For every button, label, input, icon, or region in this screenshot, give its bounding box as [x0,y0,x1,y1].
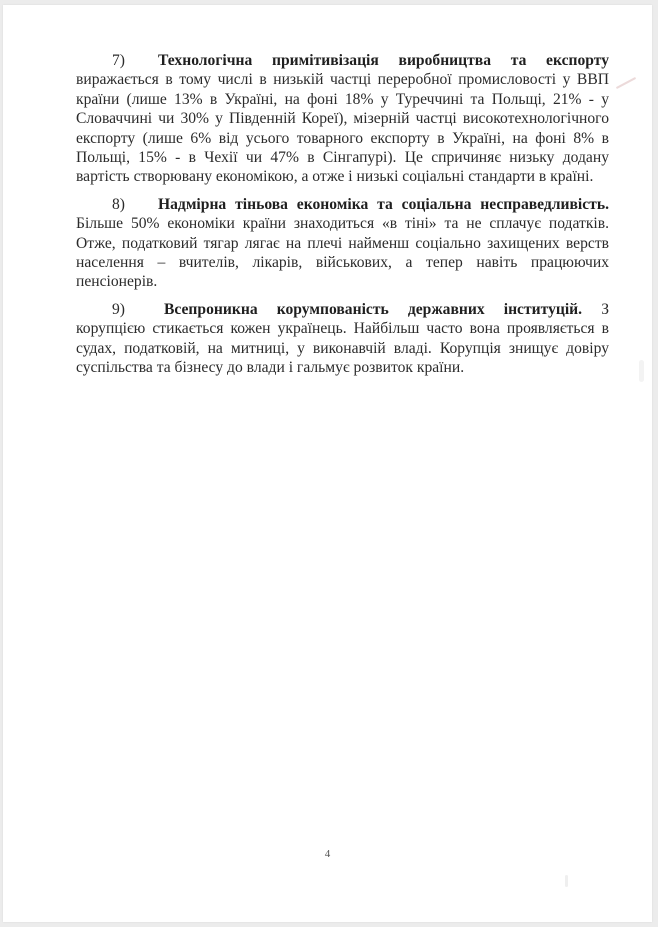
item-number: 9) [112,300,164,319]
scan-artifact-mark [616,77,636,89]
paragraph-text: виражається в тому числі в низькій частц… [76,71,609,185]
paragraph-9: 9)Всепроникна корумпованість державних і… [76,300,609,378]
paragraph-8: 8)Надмірна тіньова економіка та соціальн… [76,195,609,292]
page-number: 4 [3,848,652,860]
paragraph-heading: Технологічна примітивізація виробництва … [158,52,609,69]
document-body: 7)Технологічна примітивізація виробництв… [76,51,609,386]
paragraph-text: Більше 50% економіки країни знаходиться … [76,215,609,290]
scan-artifact-mark [565,875,568,887]
document-page: 7)Технологічна примітивізація виробництв… [3,5,652,922]
paragraph-heading: Надмірна тіньова економіка та соціальна … [158,196,609,213]
scan-artifact-mark [639,360,644,382]
paragraph-7: 7)Технологічна примітивізація виробництв… [76,51,609,187]
paragraph-heading: Всепроникна корумпованість державних інс… [164,301,582,318]
item-number: 8) [112,195,158,214]
item-number: 7) [112,51,158,70]
